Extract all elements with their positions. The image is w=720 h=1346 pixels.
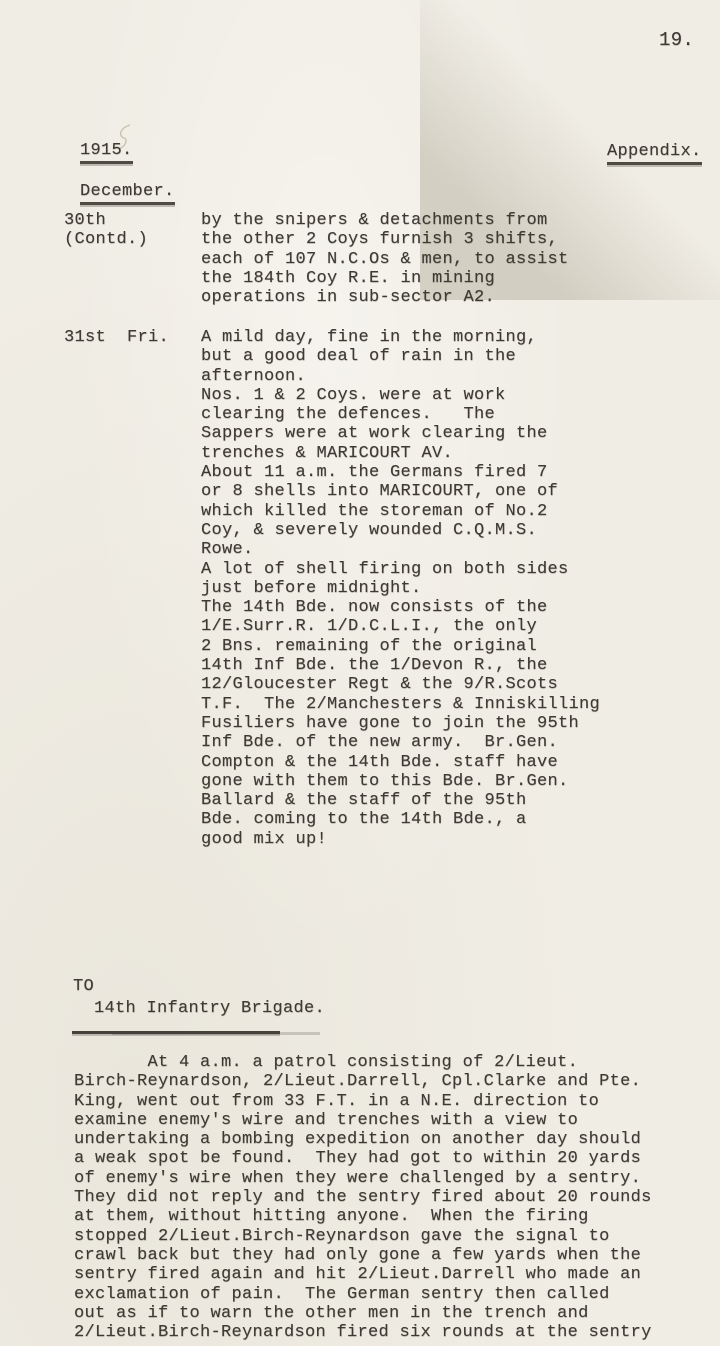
document-page: 19. 1915. Appendix. December. 30th (Cont… (0, 0, 720, 1346)
report-paragraph: At 4 a.m. a patrol consisting of 2/Lieut… (74, 1053, 652, 1342)
horizontal-rule (72, 1031, 280, 1034)
addressee-to-label: TO (73, 977, 94, 996)
entry-date-30th: 30th (Contd.) (64, 211, 148, 250)
appendix-label: Appendix. (607, 142, 702, 165)
entry-body-31st: A mild day, fine in the morning, but a g… (201, 328, 600, 849)
year-heading: 1915. (80, 141, 133, 164)
addressee-unit: 14th Infantry Brigade. (94, 999, 325, 1018)
month-heading: December. (80, 182, 175, 205)
entry-date-31st: 31st Fri. (64, 328, 169, 347)
page-number: 19. (659, 31, 694, 50)
entry-body-30th: by the snipers & detachments from the ot… (201, 211, 569, 307)
